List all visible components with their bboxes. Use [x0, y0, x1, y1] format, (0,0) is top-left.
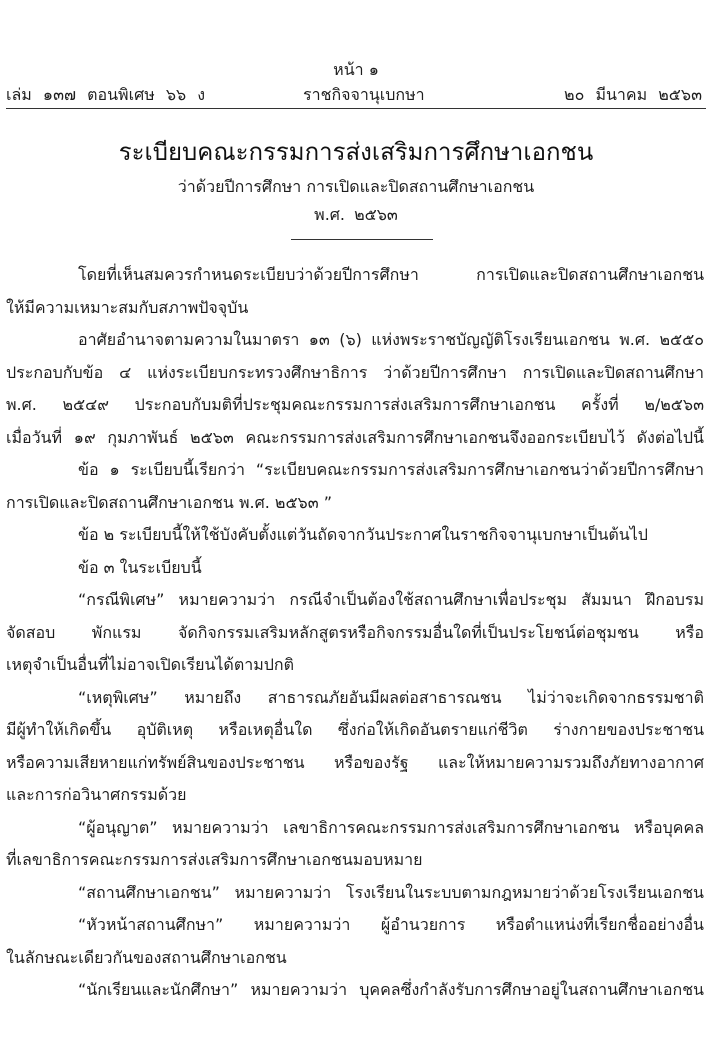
body-line: การเปิดและปิดสถานศึกษาเอกชน พ.ศ. ๒๕๖๓ ” [6, 490, 704, 523]
body-line: พ.ศ. ๒๕๔๙ ประกอบกับมติที่ประชุมคณะกรรมกา… [6, 392, 704, 425]
body-line: ให้มีความเหมาะสมกับสภาพปัจจุบัน [6, 295, 704, 328]
body-line: โดยที่เห็นสมควรกำหนดระเบียบว่าด้วยปีการศ… [6, 262, 704, 295]
gazette-header: เล่ม ๑๓๗ ตอนพิเศษ ๖๖ ง ราชกิจจานุเบกษา ๒… [6, 84, 706, 109]
body-line: และการก่อวินาศกรรมด้วย [6, 782, 704, 815]
body-line: หรือความเสียหายแก่ทรัพย์สินของประชาชน หร… [6, 750, 704, 783]
body-line: เหตุจำเป็นอื่นที่ไม่อาจเปิดเรียนได้ตามปก… [6, 652, 704, 685]
gazette-date: ๒๐ มีนาคม ๒๕๖๓ [564, 84, 702, 106]
body-line: “กรณีพิเศษ” หมายความว่า กรณีจำเป็นต้องใช… [6, 587, 704, 620]
document-subtitle: ว่าด้วยปีการศึกษา การเปิดและปิดสถานศึกษา… [0, 176, 712, 198]
page-number: หน้า ๑ [0, 60, 712, 80]
gazette-volume: เล่ม ๑๓๗ ตอนพิเศษ ๖๖ ง [6, 84, 205, 106]
body-line: ประกอบกับข้อ ๔ แห่งระเบียบกระทรวงศึกษาธิ… [6, 360, 704, 393]
body-line: ข้อ ๓ ในระเบียบนี้ [6, 555, 704, 588]
document-body: โดยที่เห็นสมควรกำหนดระเบียบว่าด้วยปีการศ… [6, 262, 704, 1010]
body-line: ในลักษณะเดียวกันของสถานศึกษาเอกชน [6, 945, 704, 978]
document-year: พ.ศ. ๒๕๖๓ [0, 204, 712, 226]
body-line: “เหตุพิเศษ” หมายถึง สาธารณภัยอันมีผลต่อส… [6, 685, 704, 718]
gazette-publication: ราชกิจจานุเบกษา [303, 84, 425, 106]
body-line: “สถานศึกษาเอกชน” หมายความว่า โรงเรียนในร… [6, 880, 704, 913]
body-line: อาศัยอำนาจตามความในมาตรา ๑๓ (๖) แห่งพระร… [6, 327, 704, 360]
body-line: ข้อ ๑ ระเบียบนี้เรียกว่า “ระเบียบคณะกรรม… [6, 457, 704, 490]
body-line: “หัวหน้าสถานศึกษา” หมายความว่า ผู้อำนวยก… [6, 912, 704, 945]
body-line: ที่เลขาธิการคณะกรรมการส่งเสริมการศึกษาเอ… [6, 847, 704, 880]
body-line: “นักเรียนและนักศึกษา” หมายความว่า บุคคลซ… [6, 977, 704, 1010]
body-line: เมื่อวันที่ ๑๙ กุมภาพันธ์ ๒๕๖๓ คณะกรรมกา… [6, 425, 704, 458]
body-line: “ผู้อนุญาต” หมายความว่า เลขาธิการคณะกรรม… [6, 815, 704, 848]
title-separator [291, 239, 433, 240]
body-line: ข้อ ๒ ระเบียบนี้ให้ใช้บังคับตั้งแต่วันถั… [6, 522, 704, 555]
body-line: มีผู้ทำให้เกิดขึ้น อุบัติเหตุ หรือเหตุอื… [6, 717, 704, 750]
body-line: จัดสอบ พักแรม จัดกิจกรรมเสริมหลักสูตรหรื… [6, 620, 704, 653]
document-title: ระเบียบคณะกรรมการส่งเสริมการศึกษาเอกชน [0, 136, 712, 168]
